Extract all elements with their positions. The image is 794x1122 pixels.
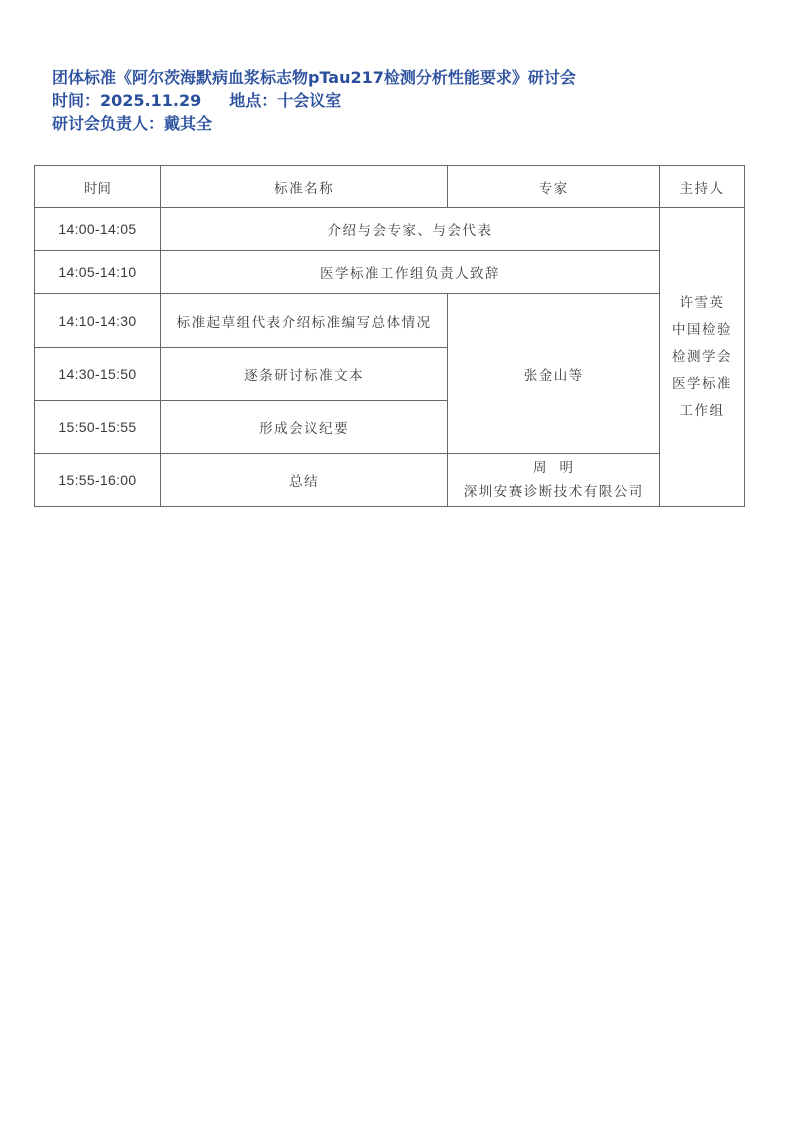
table-row: 14:00-14:05 介绍与会专家、与会代表 许雪英 中国检验 检测学会 医学… bbox=[35, 208, 745, 251]
expert-last-cell: 周 明 深圳安赛诊断技术有限公司 bbox=[448, 454, 660, 507]
expert-org: 深圳安赛诊断技术有限公司 bbox=[448, 480, 659, 504]
row-time: 14:05-14:10 bbox=[35, 251, 161, 294]
column-header-expert: 专家 bbox=[448, 166, 660, 208]
table-row: 14:10-14:30 标准起草组代表介绍标准编写总体情况 张金山等 bbox=[35, 294, 745, 348]
row-item: 医学标准工作组负责人致辞 bbox=[160, 251, 659, 294]
column-header-time: 时间 bbox=[35, 166, 161, 208]
row-item: 标准起草组代表介绍标准编写总体情况 bbox=[160, 294, 448, 348]
host-line: 工作组 bbox=[660, 398, 744, 425]
row-time: 14:00-14:05 bbox=[35, 208, 161, 251]
row-time: 14:30-15:50 bbox=[35, 348, 161, 401]
column-header-standard-name: 标准名称 bbox=[160, 166, 448, 208]
column-header-host: 主持人 bbox=[660, 166, 745, 208]
table-row: 15:55-16:00 总结 周 明 深圳安赛诊断技术有限公司 bbox=[35, 454, 745, 507]
table-row: 14:05-14:10 医学标准工作组负责人致辞 bbox=[35, 251, 745, 294]
meeting-title: 团体标准《阿尔茨海默病血浆标志物pTau217检测分析性能要求》研讨会 bbox=[52, 66, 576, 89]
row-item: 总结 bbox=[160, 454, 448, 507]
host-line: 许雪英 bbox=[660, 290, 744, 317]
row-time: 14:10-14:30 bbox=[35, 294, 161, 348]
expert-group-cell: 张金山等 bbox=[448, 294, 660, 454]
row-item: 介绍与会专家、与会代表 bbox=[160, 208, 659, 251]
owner-label: 研讨会负责人： bbox=[52, 114, 164, 133]
host-cell: 许雪英 中国检验 检测学会 医学标准 工作组 bbox=[660, 208, 745, 507]
location-value: 十会议室 bbox=[277, 91, 341, 110]
row-time: 15:50-15:55 bbox=[35, 401, 161, 454]
row-time: 15:55-16:00 bbox=[35, 454, 161, 507]
expert-name: 周 明 bbox=[448, 456, 659, 480]
host-line: 中国检验 bbox=[660, 317, 744, 344]
row-item: 形成会议纪要 bbox=[160, 401, 448, 454]
owner-value: 戴其全 bbox=[164, 114, 212, 133]
time-label: 时间： bbox=[52, 91, 100, 110]
row-item: 逐条研讨标准文本 bbox=[160, 348, 448, 401]
table-header-row: 时间 标准名称 专家 主持人 bbox=[35, 166, 745, 208]
host-line: 检测学会 bbox=[660, 344, 744, 371]
time-value: 2025.11.29 bbox=[100, 91, 201, 110]
meeting-time-location: 时间：2025.11.29地点：十会议室 bbox=[52, 89, 576, 112]
location-label: 地点： bbox=[229, 91, 277, 110]
meeting-owner: 研讨会负责人：戴其全 bbox=[52, 112, 576, 135]
host-line: 医学标准 bbox=[660, 371, 744, 398]
agenda-table: 时间 标准名称 专家 主持人 14:00-14:05 介绍与会专家、与会代表 许… bbox=[34, 165, 745, 507]
document-header: 团体标准《阿尔茨海默病血浆标志物pTau217检测分析性能要求》研讨会 时间：2… bbox=[52, 66, 576, 135]
